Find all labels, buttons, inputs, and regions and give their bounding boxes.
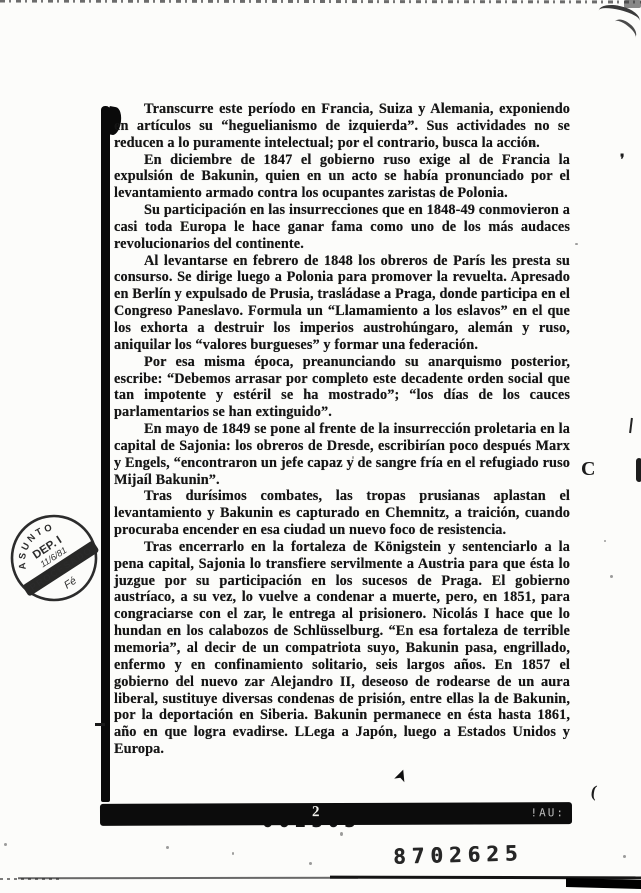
paragraph: En diciembre de 1847 el gobierno ruso ex…	[114, 152, 570, 203]
paper-speck	[352, 456, 354, 459]
scan-bottom-corner-wedge	[566, 878, 641, 889]
left-ink-bar	[101, 106, 110, 802]
paper-speck	[340, 832, 343, 836]
paper-speck	[575, 243, 578, 245]
corner-smudge-mark	[624, 0, 641, 8]
paragraph: Al levantarse en febrero de 1848 los obr…	[114, 253, 570, 354]
paragraph: Transcurre este período en Francia, Suiz…	[114, 101, 570, 152]
stray-bar-mark	[629, 418, 633, 433]
paragraph: En mayo de 1849 se pone al frente de la …	[114, 421, 570, 488]
footer-censor-bar: 2 !AU:	[100, 802, 572, 826]
paper-speck	[433, 196, 435, 198]
paper-speck	[604, 540, 606, 542]
stamp-signature: Fé	[62, 575, 79, 592]
body-text: Transcurre este período en Francia, Suiz…	[114, 101, 570, 758]
scan-top-edge-line	[0, 0, 641, 3]
paper-speck	[232, 852, 234, 855]
stamp-graphic: ASUNTO DEP. I 11/6/81 PROCESADO Fé	[0, 494, 118, 621]
stray-tick-mark: ❜	[620, 152, 625, 169]
stray-dash-mark	[95, 723, 105, 726]
stray-paren-mark: (	[590, 782, 598, 803]
stray-blob-mark	[636, 458, 641, 482]
stray-c-mark: C	[581, 458, 595, 481]
paper-speck	[166, 846, 169, 849]
paper-speck	[610, 575, 613, 578]
paragraph: Por esa misma época, preanunciando su an…	[114, 354, 570, 421]
procesado-stamp: ASUNTO DEP. I 11/6/81 PROCESADO Fé	[0, 494, 118, 621]
paper-speck	[4, 843, 7, 846]
stray-arrow-mark: ➤	[390, 766, 412, 784]
page-number: 2	[312, 804, 320, 821]
paragraph: Tras durísimos combates, las tropas prus…	[114, 488, 570, 539]
serial-number-stamp: 8702625	[393, 841, 524, 869]
paragraph: Su participación en las insurrecciones q…	[114, 202, 570, 253]
paper-speck	[623, 855, 626, 858]
footer-bar-right-mark: !AU:	[530, 806, 565, 819]
scan-bottom-edge-line	[18, 877, 358, 880]
paper-speck	[531, 142, 534, 145]
scanned-page: Transcurre este período en Francia, Suiz…	[0, 0, 641, 893]
paper-speck	[309, 862, 312, 865]
paragraph: Tras encerrarlo en la fortaleza de König…	[114, 539, 570, 758]
